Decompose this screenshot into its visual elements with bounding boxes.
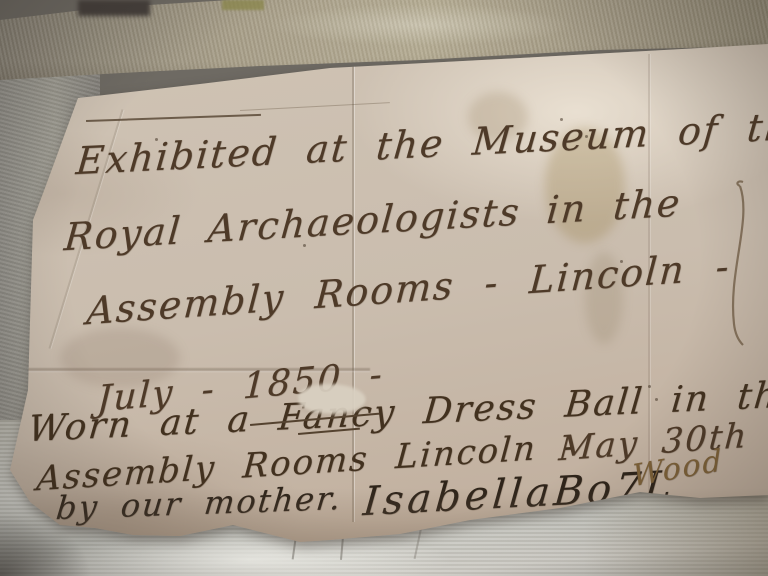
handwriting-line-3: Assembly Rooms - Lincoln -: [85, 247, 732, 330]
pen-stroke-mark: [86, 114, 261, 122]
paper-damage-patch: [298, 384, 366, 414]
ink-stroke-curve: [718, 180, 766, 355]
handwriting-line-2: Royal Archaeologists in the: [63, 184, 683, 257]
photo-frame: Exhibited at the Museum of the Royal Arc…: [0, 0, 768, 576]
paper-note: Exhibited at the Museum of the Royal Arc…: [0, 40, 768, 552]
torn-edge-shadow: [0, 488, 768, 542]
olive-fabric-patch: [222, 0, 264, 10]
shadow-patch-top: [78, 0, 150, 16]
paper-surface: Exhibited at the Museum of the Royal Arc…: [0, 40, 768, 552]
pen-stroke-mark: [240, 102, 390, 111]
